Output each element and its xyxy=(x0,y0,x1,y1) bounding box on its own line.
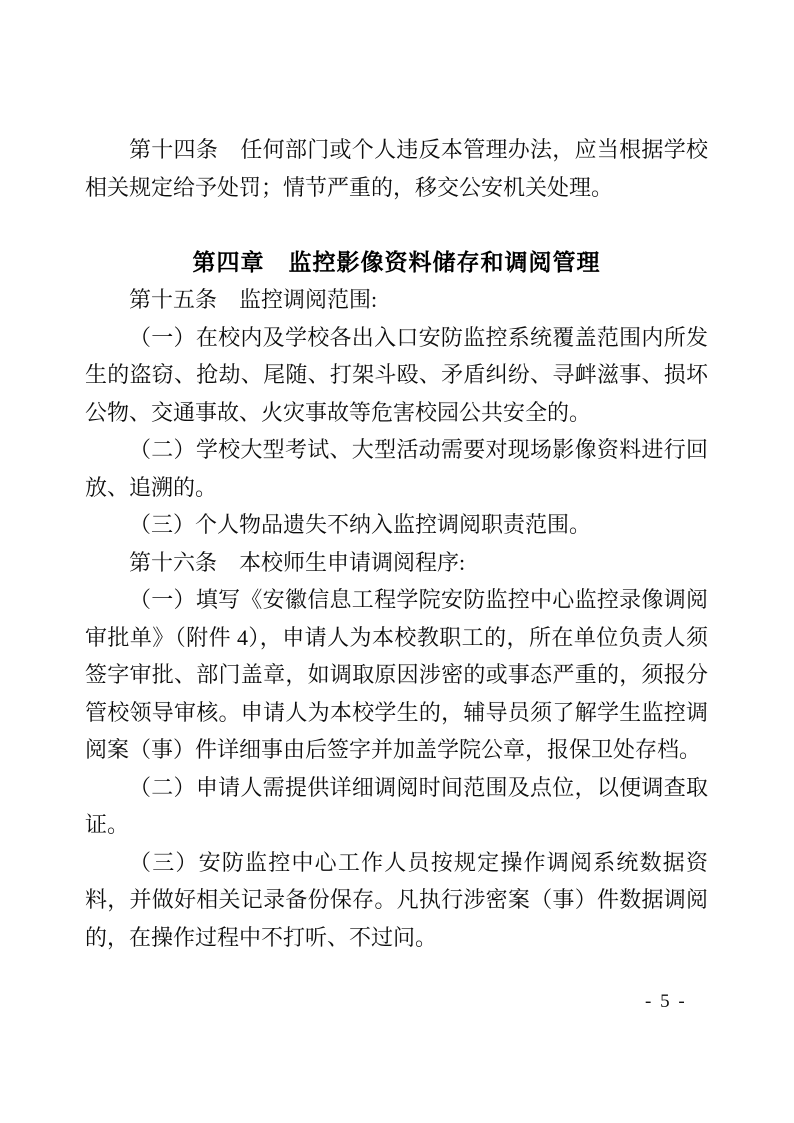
paragraph-article-14: 第十四条 任何部门或个人违反本管理办法，应当根据学校相关规定给予处罚；情节严重的… xyxy=(85,131,708,206)
paragraph-article-15: 第十五条 监控调阅范围: xyxy=(85,281,708,319)
list-item-16-1: （一）填写《安徽信息工程学院安防监控中心监控录像调阅审批单》（附件 4），申请人… xyxy=(85,581,708,769)
list-item-16-3: （三）安防监控中心工作人员按规定操作调阅系统数据资料，并做好相关记录备份保存。凡… xyxy=(85,844,708,957)
page-number: - 5 - xyxy=(645,992,755,1012)
document-body: 第十四条 任何部门或个人违反本管理办法，应当根据学校相关规定给予处罚；情节严重的… xyxy=(85,131,708,956)
list-item-15-1: （一）在校内及学校各出入口安防监控系统覆盖范围内所发生的盗窃、抢劫、尾随、打架斗… xyxy=(85,319,708,432)
list-item-15-2: （二）学校大型考试、大型活动需要对现场影像资料进行回放、追溯的。 xyxy=(85,431,708,506)
paragraph-article-16: 第十六条 本校师生申请调阅程序: xyxy=(85,544,708,582)
document-page: 第十四条 任何部门或个人违反本管理办法，应当根据学校相关规定给予处罚；情节严重的… xyxy=(0,0,794,1123)
chapter-4-heading: 第四章 监控影像资料储存和调阅管理 xyxy=(85,244,708,282)
list-item-15-3: （三）个人物品遗失不纳入监控调阅职责范围。 xyxy=(85,506,708,544)
list-item-16-2: （二）申请人需提供详细调阅时间范围及点位，以便调查取证。 xyxy=(85,769,708,844)
